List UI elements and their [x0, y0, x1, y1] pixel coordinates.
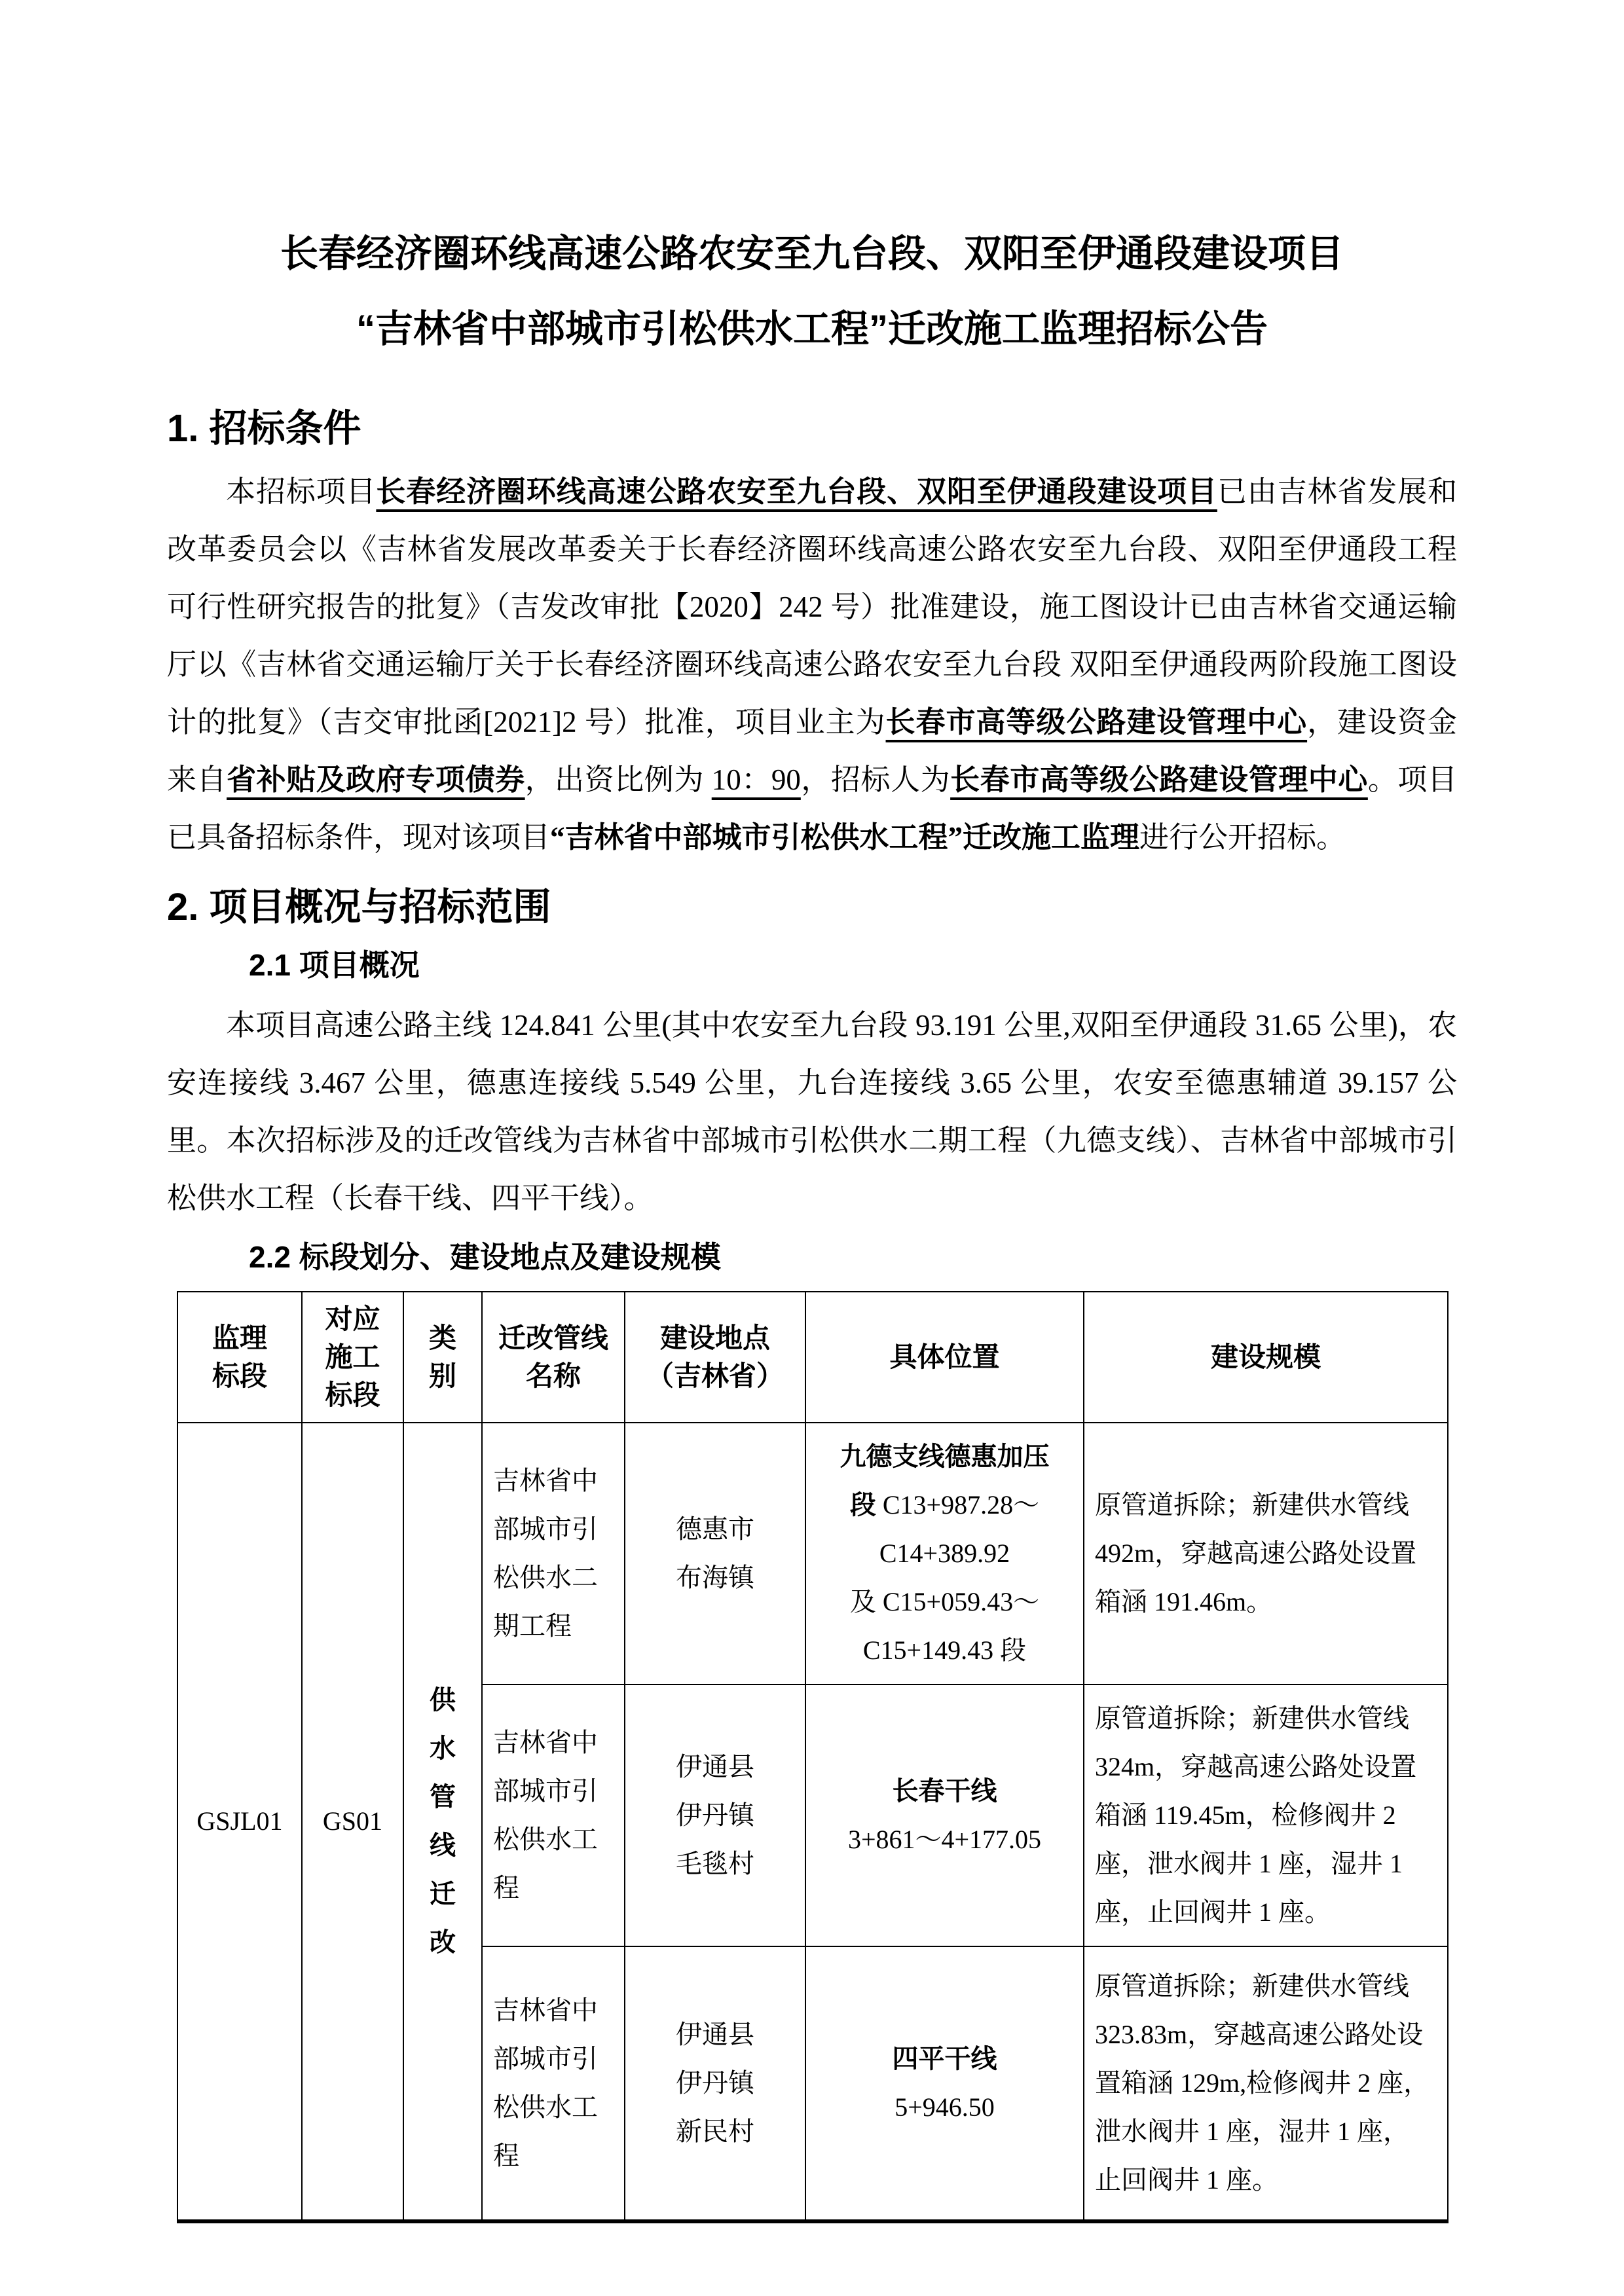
document-page: 长春经济圈环线高速公路农安至九台段、双阳至伊通段建设项目 “吉林省中部城市引松供…: [0, 0, 1624, 2296]
section-1-paragraph: 本招标项目长春经济圈环线高速公路农安至九台段、双阳至伊通段建设项目已由吉林省发展…: [167, 463, 1457, 866]
document-title-line-2: “吉林省中部城市引松供水工程”迁改施工监理招标公告: [167, 291, 1457, 367]
tenderer-label-text: ，招标人为: [801, 763, 950, 796]
cell-supervision-lot: GSJL01: [177, 1423, 302, 2221]
project-name-emphasis: 长春经济圈环线高速公路农安至九台段、双阳至伊通段建设项目: [376, 475, 1217, 508]
document-title-line-1: 长春经济圈环线高速公路农安至九台段、双阳至伊通段建设项目: [167, 216, 1457, 291]
header-category: 类 别: [403, 1292, 482, 1423]
header-position: 具体位置: [805, 1292, 1084, 1423]
cell-position: 四平干线 5+946.50: [805, 1946, 1084, 2221]
funding-source-emphasis: 省补贴及政府专项债券: [227, 763, 525, 796]
cell-scale: 原管道拆除；新建供水管线 323.83m，穿越高速公路处设 置箱涵 129m,检…: [1084, 1946, 1448, 2221]
cell-location: 伊通县 伊丹镇 新民村: [625, 1946, 805, 2221]
intro-text: 本招标项目: [226, 475, 376, 508]
cell-position: 长春干线 3+861～4+177.05: [805, 1685, 1084, 1946]
position-section-name: 长春干线: [893, 1777, 997, 1806]
position-chainage: C13+987.28～ C14+389.92 及 C15+059.43～ C15…: [850, 1490, 1039, 1665]
position-section-name: 四平干线: [893, 2045, 997, 2073]
document-title: 长春经济圈环线高速公路农安至九台段、双阳至伊通段建设项目 “吉林省中部城市引松供…: [167, 216, 1457, 367]
cell-scale: 原管道拆除；新建供水管线 492m，穿越高速公路处设置 箱涵 191.46m。: [1084, 1423, 1448, 1685]
table-row: GSJL01 GS01 供 水 管 线 迁 改 吉林省中 部城市引 松供水二 期…: [177, 1423, 1448, 1685]
ratio-label-text: ，出资比例为: [525, 763, 712, 796]
tender-scope-emphasis: “吉林省中部城市引松供水工程”迁改施工监理: [550, 821, 1139, 854]
cell-pipeline-name: 吉林省中 部城市引 松供水工 程: [482, 1685, 625, 1946]
cell-pipeline-name: 吉林省中 部城市引 松供水工 程: [482, 1946, 625, 2221]
section-2-2-heading: 2.2 标段划分、建设地点及建设规模: [249, 1232, 1457, 1282]
lots-table: 监理 标段 对应 施工 标段 类 别 迁改管线 名称 建设地点 （吉林省） 具体…: [177, 1291, 1449, 2223]
tenderer-name-emphasis: 长春市高等级公路建设管理中心: [950, 763, 1368, 796]
section-2-1-heading: 2.1 项目概况: [249, 940, 1457, 990]
cell-scale: 原管道拆除；新建供水管线 324m，穿越高速公路处设置 箱涵 119.45m，检…: [1084, 1685, 1448, 1946]
section-2-1-paragraph: 本项目高速公路主线 124.841 公里(其中农安至九台段 93.191 公里,…: [167, 996, 1457, 1227]
cell-position: 九德支线德惠加压 段 C13+987.28～ C14+389.92 及 C15+…: [805, 1423, 1084, 1685]
table-header-row: 监理 标段 对应 施工 标段 类 别 迁改管线 名称 建设地点 （吉林省） 具体…: [177, 1292, 1448, 1423]
position-chainage: 5+946.50: [895, 2092, 995, 2122]
section-1-heading: 1. 招标条件: [167, 401, 1457, 456]
cell-construction-lot: GS01: [302, 1423, 403, 2221]
header-supervision-lot: 监理 标段: [177, 1292, 302, 1423]
cell-location: 伊通县 伊丹镇 毛毯村: [625, 1685, 805, 1946]
cell-pipeline-name: 吉林省中 部城市引 松供水二 期工程: [482, 1423, 625, 1685]
approval-text: 已由吉林省发展和改革委员会以《吉林省发展改革委关于长春经济圈环线高速公路农安至九…: [167, 475, 1457, 738]
header-pipeline-name: 迁改管线 名称: [482, 1292, 625, 1423]
header-location: 建设地点 （吉林省）: [625, 1292, 805, 1423]
funding-ratio-value: 10：90: [712, 763, 801, 796]
header-construction-lot: 对应 施工 标段: [302, 1292, 403, 1423]
section-2-heading: 2. 项目概况与招标范围: [167, 879, 1457, 935]
cell-category: 供 水 管 线 迁 改: [403, 1423, 482, 2221]
cell-location: 德惠市 布海镇: [625, 1423, 805, 1685]
position-chainage: 3+861～4+177.05: [848, 1825, 1041, 1854]
header-scale: 建设规模: [1084, 1292, 1448, 1423]
project-owner-emphasis: 长春市高等级公路建设管理中心: [886, 706, 1308, 738]
closing-text: 进行公开招标。: [1139, 821, 1346, 854]
